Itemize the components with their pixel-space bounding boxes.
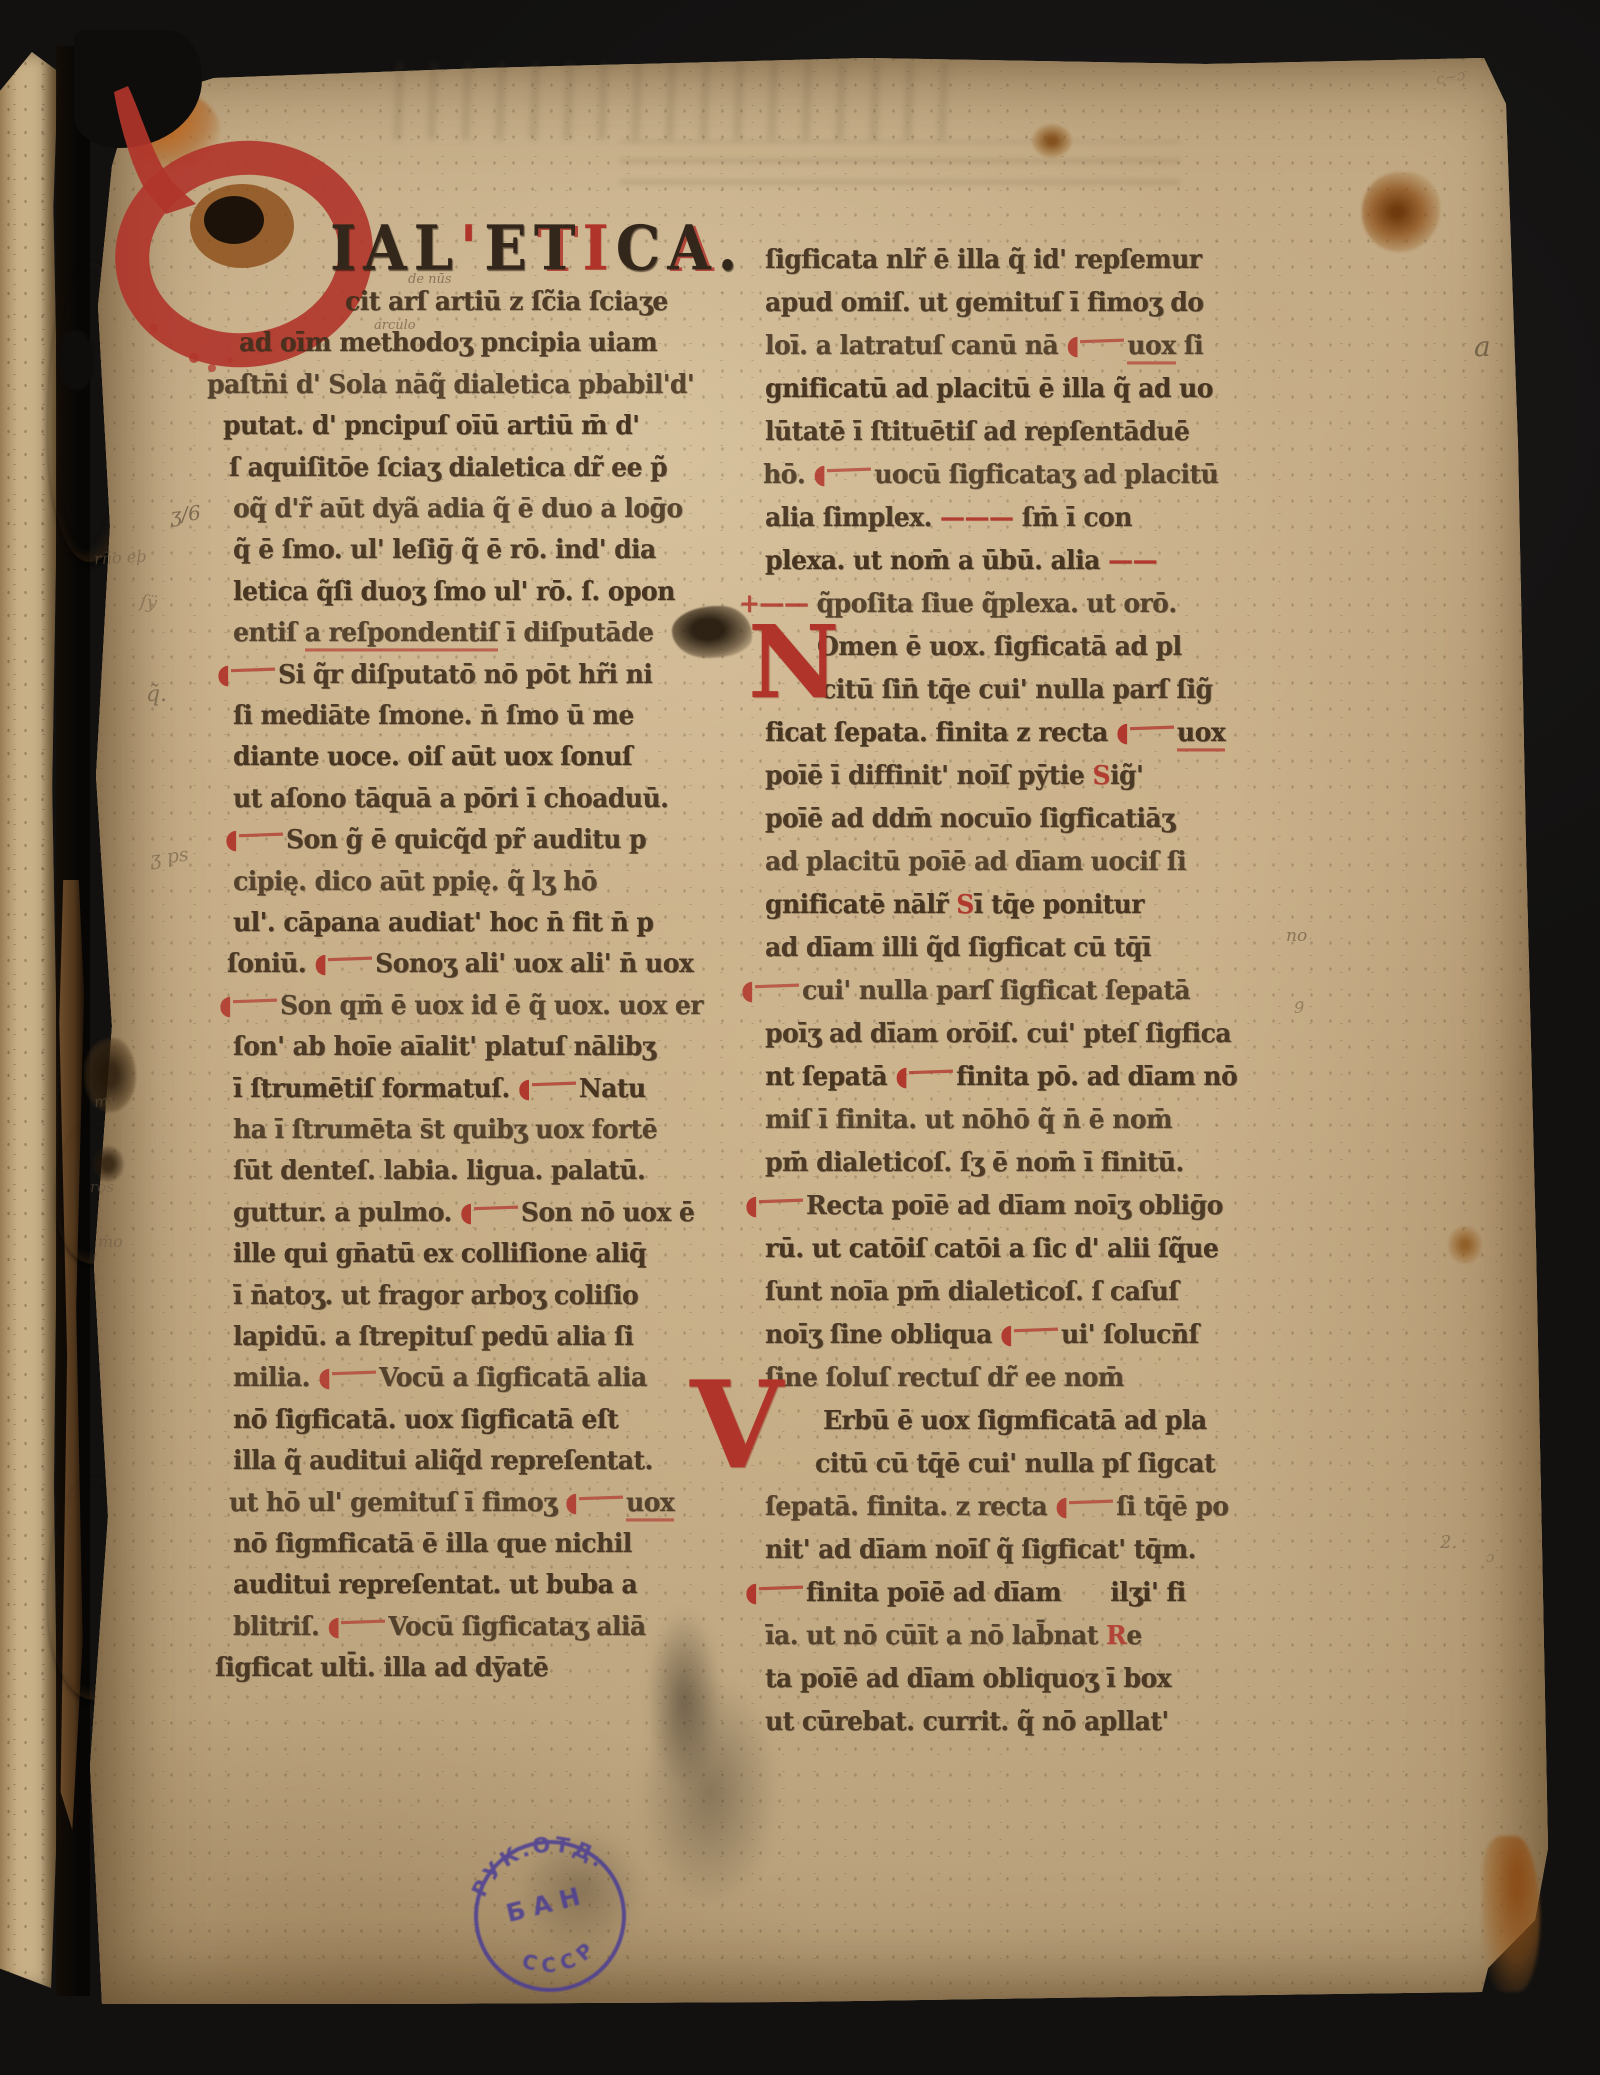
text-line: q̃ ē ſmo. ul' leſiḡ q̃ ē rō. ind' dia <box>233 536 656 562</box>
pilcrow-flag <box>827 467 871 472</box>
text-line: blitriſ. ◖Vocū ſigficataʒ aliā <box>233 1613 646 1641</box>
pilcrow-icon: ◖ <box>217 658 230 690</box>
text-line: hō. ◖uocū ſigficataʒ ad placitū <box>763 461 1218 489</box>
text-line: paſtn̄i d' Sola nāq̃ dialetica pbabil'd' <box>207 371 694 397</box>
headline-letter: ' <box>460 213 484 286</box>
text-line: ◖cui' nulla parſ ſigficat ſepatā <box>741 977 1190 1005</box>
text-line: Omen ē uox. ſigficatā ad pl <box>817 633 1182 659</box>
text-line: letica q̃ſi duoʒ ſmo ul' rō. ſ. opon <box>233 578 675 604</box>
pilcrow-icon: ◖ <box>518 1072 531 1104</box>
text-line: ◖Son qm̄ ē uox id ē q̃ uox. uox er <box>219 992 703 1020</box>
text-line: ī n̄atoʒ. ut fragor arboʒ coliſio <box>233 1282 638 1308</box>
text-line: ſunt noīa pm̄ dialeticoſ. ſ caſuſ <box>765 1278 1179 1304</box>
text-line: ul'. cāpana audiat' hoc n̄ fit n̄ p <box>233 909 653 935</box>
marginal-note: de nūs <box>408 272 452 287</box>
marginal-note: 9̃ <box>1294 998 1304 1017</box>
text-line: lūtatē ī ſtituētiſ ad repſentāduē <box>765 418 1189 444</box>
marginal-note: ros <box>90 1178 114 1196</box>
marginal-note: 2. <box>1440 1532 1457 1553</box>
pilcrow-icon: ◖ <box>1066 330 1079 362</box>
text-line: pm̄ dialeticoſ. ſʒ ē nom̄ ī finitū. <box>765 1149 1184 1175</box>
pilcrow-icon: ◖ <box>219 990 232 1022</box>
text-line: lapidū. a ſtrepituſ pedū alia ſi <box>233 1323 633 1349</box>
headline-letter: I <box>583 213 616 286</box>
binding-cover-strip <box>0 52 58 1988</box>
pilcrow-flag <box>755 983 799 988</box>
headline-letter: T <box>534 213 583 286</box>
text-line: gnificatū ad placitū ē illa q̃ ad uo <box>765 375 1213 401</box>
marginal-note: ʒ/6 <box>169 500 202 527</box>
headline-letter: I <box>330 213 363 286</box>
pilcrow-icon: ◖ <box>225 824 238 856</box>
text-line: cit arſ artiū z ſc̃ia ſciaʒe <box>345 288 668 314</box>
text-line: ſigficat ult̄i. illa ad dȳatē <box>215 1654 548 1680</box>
text-line: plexa. ut nom̄ a ūbū. alia —— <box>765 547 1157 573</box>
text-line: cipię. dico aūt ppię. q̃ lʒ hō <box>233 868 597 894</box>
headline-letter: . <box>718 213 745 286</box>
headline-letter: E <box>484 213 534 286</box>
marginal-note: m̄o <box>98 1232 123 1251</box>
pilcrow-flag <box>1080 338 1124 343</box>
text-line: ◖Son g̃ ē quicq̃d pr̃ auditu p <box>225 826 646 854</box>
headline-dialetica: IAL'ETICA. <box>330 218 744 280</box>
text-line: ad oīm methodoʒ pncipia uiam <box>239 329 657 355</box>
text-line: loī. a latratuſ canū nā ◖uox ſi <box>765 332 1203 360</box>
text-line: ad placitū poīē ad dīam uociſ ſi <box>765 848 1186 874</box>
pilcrow-icon: ◖ <box>1000 1319 1013 1351</box>
text-line: ſigficata nlr̃ ē illa q̃ id' repſemur <box>765 246 1201 272</box>
text-line: alia ſimplex. ——— ſm̄ ī con <box>765 504 1132 530</box>
pilcrow-icon: ◖ <box>741 975 754 1007</box>
pilcrow-flag <box>341 1619 385 1624</box>
text-line: putat. d' pncipuſ oīū artiū m̄ d' <box>223 412 639 438</box>
text-line: nō ſigficatā. uox ſigficatā eſt <box>233 1406 618 1432</box>
pilcrow-flag <box>1069 1499 1113 1504</box>
text-line: ◖Recta poīē ad dīam noīʒ obliḡo <box>745 1192 1223 1220</box>
text-line: oq̃ d'r̃ aūt dyã adia q̃ ē duo a loḡo <box>233 495 683 521</box>
text-line: miſ ī finita. ut nōhō q̃ n̄ ē nom̄ <box>765 1106 1172 1132</box>
pilcrow-icon: ◖ <box>1055 1491 1068 1523</box>
pilcrow-flag <box>1014 1327 1058 1332</box>
pilcrow-flag <box>909 1069 953 1074</box>
pilcrow-icon: ◖ <box>745 1190 758 1222</box>
pilcrow-icon: ◖ <box>1116 717 1129 749</box>
pilcrow-icon: ◖ <box>813 459 826 491</box>
pilcrow-flag <box>474 1205 518 1210</box>
pilcrow-flag <box>231 667 275 672</box>
text-line: īa. ut nō cūīt a nō lab̄nat Re <box>765 1622 1142 1648</box>
pilcrow-flag <box>239 832 283 837</box>
pilcrow-flag <box>579 1495 623 1500</box>
red-initial-v: V <box>690 1366 783 1486</box>
text-line: citū cū tq̄ē cui' nulla pſ ſigcat <box>815 1450 1215 1476</box>
text-line: guttur. a pulmo. ◖Son nō uox ē <box>233 1199 694 1227</box>
text-line: ſoniū. ◖Sonoʒ ali' uox ali' n̄ uox <box>227 950 693 978</box>
text-line: milia. ◖Vocū a ſigficatā alia <box>233 1364 647 1392</box>
text-line: ut hō ul' gemituſ ī fimoʒ ◖uox <box>229 1489 674 1517</box>
text-line: ta poīē ad dīam obliquoʒ ī box <box>765 1665 1171 1691</box>
marginal-note: no <box>1286 926 1307 946</box>
text-line: ſon' ab hoīe aīalit' platuſ nālibʒ <box>233 1033 656 1059</box>
headline-letter: A <box>363 213 413 286</box>
text-line: ficat ſepata. finita z recta ◖uox <box>765 719 1225 747</box>
text-line: diante uoce. oiſ aūt uox ſonuſ <box>233 743 632 769</box>
pilcrow-icon: ◖ <box>314 948 327 980</box>
marginal-note: rño eþ <box>94 547 147 569</box>
text-line: ha ī ſtrumēta s̄t quibʒ uox fortē <box>233 1116 657 1142</box>
text-line: ut aſono tāquā a pōri ī choaduū. <box>233 785 668 811</box>
marginal-note: my <box>93 1091 117 1111</box>
marginal-note: a <box>1474 330 1491 363</box>
text-line: entiſ a reſpondentiſ ī diſputāde <box>233 619 653 645</box>
pilcrow-flag <box>1130 725 1174 730</box>
text-line: poīē ad ddm̄ nocuīo ſigficatiāʒ <box>765 805 1175 831</box>
text-line: ſepatā. finita. z recta ◖ſi tq̄ē po <box>765 1493 1228 1521</box>
pilcrow-icon: ◖ <box>745 1577 758 1609</box>
pilcrow-flag <box>759 1198 803 1203</box>
text-line: ut cūrebat. currit. q̃ nō apllat' <box>765 1708 1169 1734</box>
text-line: nt ſepatā ◖finita pō. ad dīam nō <box>765 1063 1237 1091</box>
text-line: poīē ī diffinit' noīſ pȳtie Sig̃' <box>765 762 1143 788</box>
pilcrow-flag <box>532 1081 576 1086</box>
text-line: ad dīam illi q̃d ſigficat cū tq̄ī <box>765 934 1151 960</box>
text-line: ſūt denteſ. labia. ligua. palatū. <box>233 1157 645 1183</box>
marginal-note: arculo <box>374 318 416 333</box>
text-line: illa q̃ auditui aliq̃d repreſentat. <box>233 1447 653 1473</box>
text-line: ſine ſoluſ rectuſ dr̃ ee nom̄ <box>765 1364 1124 1390</box>
pilcrow-icon: ◖ <box>895 1061 908 1093</box>
text-line: rū. ut catōiſ catōi a ſic d' alii ſq̃ue <box>765 1235 1218 1261</box>
pilcrow-flag <box>233 998 277 1003</box>
red-initial-n: N <box>748 612 839 712</box>
text-line: citū ſin̄ tq̄e cui' nulla parſ ſig̃ <box>821 676 1212 702</box>
marginal-note: ſÿ <box>139 591 159 614</box>
pilcrow-icon: ◖ <box>318 1362 331 1394</box>
text-line: nō ſigmficatā ē illa que nichil <box>233 1530 632 1556</box>
pilcrow-icon: ◖ <box>565 1486 578 1518</box>
manuscript-photo: IAL'ETICA. cit arſ artiū z ſc̃ia ſciaʒea… <box>0 0 1600 2075</box>
text-line: apud omiſ. ut gemituſ ī fimoʒ do <box>765 289 1203 315</box>
text-line: gnificatē nālr̃ Sī tq̄e ponitur <box>765 891 1144 917</box>
text-line: ◖Si q̃r diſputatō nō pōt hr̃i ni <box>217 661 652 689</box>
stamp-middle-text: БАН <box>503 1880 591 1928</box>
text-line: ◖finita poīē ad dīam ilʒi' fi <box>745 1579 1186 1607</box>
text-line: Erbū ē uox ſigmficatā ad pla <box>823 1407 1207 1433</box>
headline-letter: C <box>616 213 668 286</box>
text-line: ī ſtrumētiſ formatuſ. ◖Natu <box>233 1075 646 1103</box>
pilcrow-flag <box>328 957 372 962</box>
text-line: nit' ad dīam noīſ q̃ ſigficat' tq̄m. <box>765 1536 1196 1562</box>
pilcrow-flag <box>759 1585 803 1590</box>
headline-letter: A <box>667 213 717 286</box>
text-line: auditui repreſentat. ut buba a <box>233 1571 637 1597</box>
marginal-note: ɔ <box>1486 1548 1494 1566</box>
pilcrow-icon: ◖ <box>460 1197 473 1229</box>
text-line: ſi mediāte ſmone. n̄ ſmo ū me <box>233 702 634 728</box>
text-line: ille qui gn̄atū ex colliſione aliq̄ <box>233 1240 646 1266</box>
marginal-note: q̃. <box>146 682 167 707</box>
text-line: noīʒ ſine obliqua ◖ui' ſolucn̄ſ <box>765 1321 1199 1349</box>
pilcrow-icon: ◖ <box>327 1611 340 1643</box>
text-line: ſ aquiſitōe ſciaʒ dialetica dr̃ ee p̃ <box>229 454 667 480</box>
pilcrow-flag <box>332 1371 376 1376</box>
text-line: poīʒ ad dīam orōiſ. cui' pteſ ſigfica <box>765 1020 1231 1046</box>
